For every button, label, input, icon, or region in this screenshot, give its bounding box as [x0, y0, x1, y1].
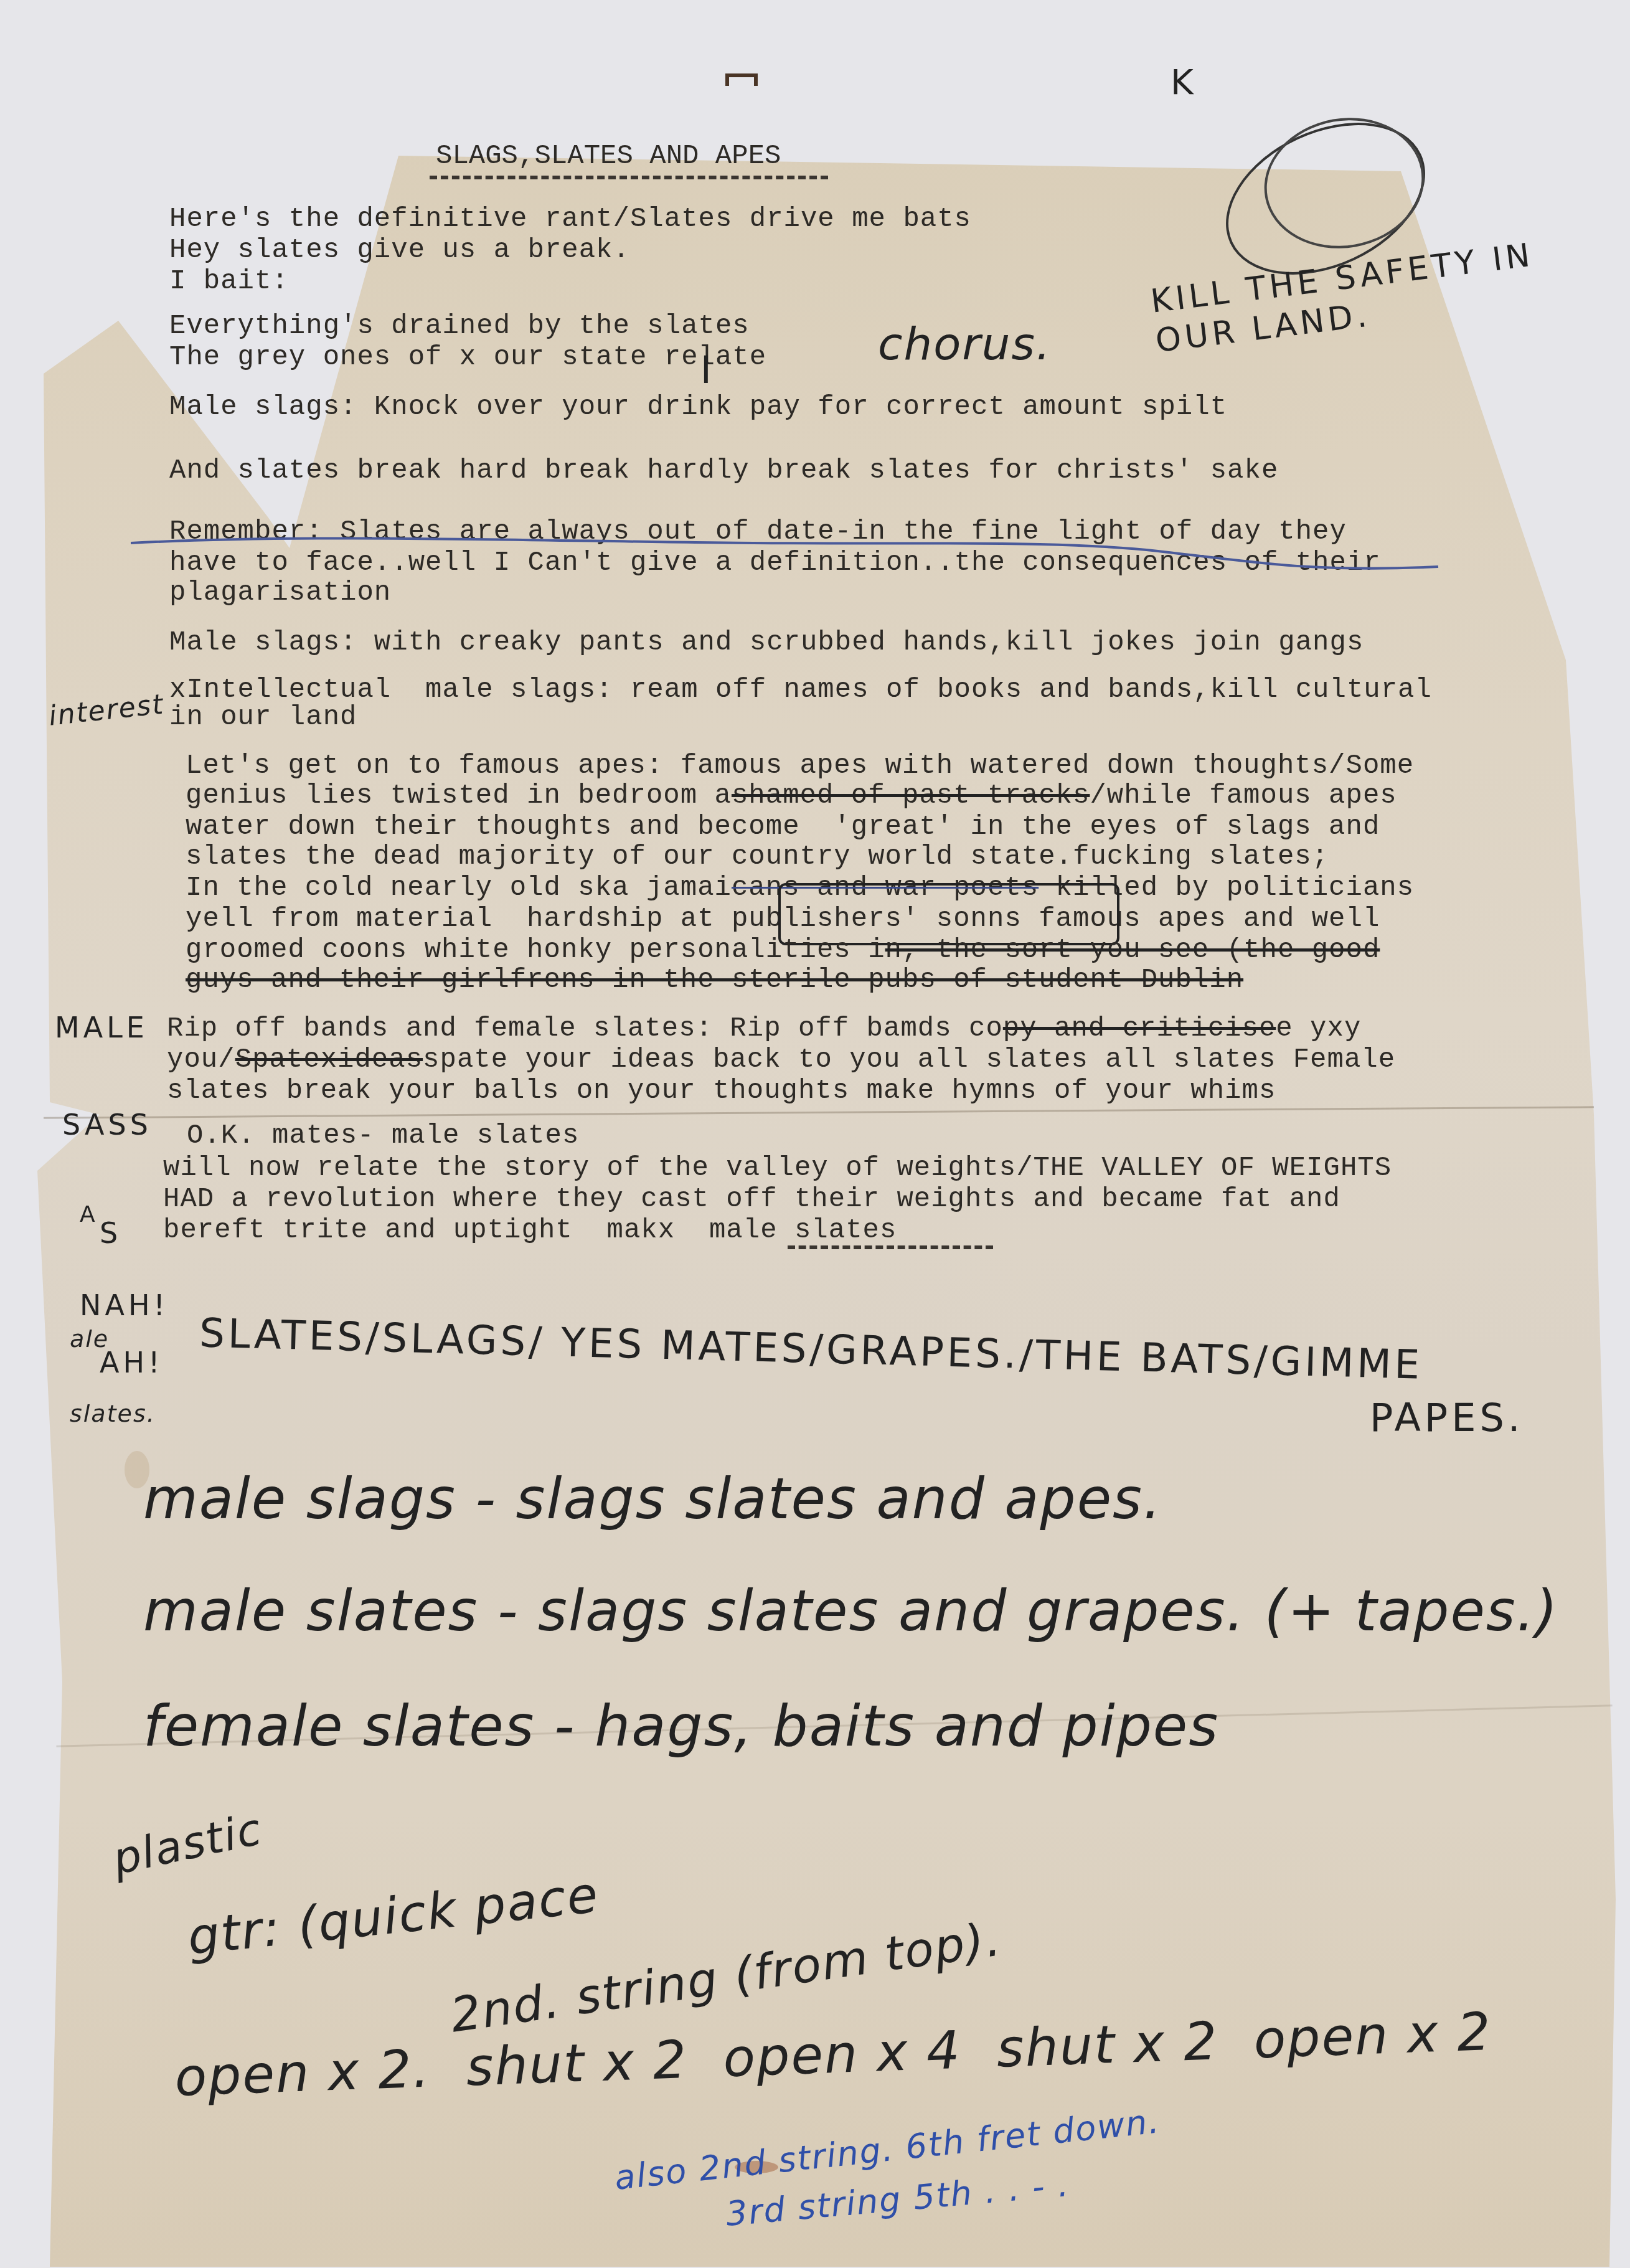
- typed-line: water down their thoughts and become 'gr…: [186, 812, 1380, 842]
- handwritten-refrain-cont: PAPES.: [1370, 1395, 1524, 1440]
- typed-line: Male slags: with creaky pants and scrubb…: [169, 628, 1364, 658]
- underlined-text: male slates: [709, 1215, 897, 1246]
- typed-line: And slates break hard break hardly break…: [169, 456, 1278, 486]
- typed-line: slates break your balls on your thoughts…: [167, 1076, 1276, 1106]
- struck-text: n, the sort you see (the good: [885, 935, 1380, 966]
- handwritten-line: male slates - slags slates and grapes. (…: [143, 1579, 1558, 1644]
- struck-text: shamed of past tracks: [732, 780, 1090, 811]
- typed-line: Hey slates give us a break.: [169, 235, 630, 265]
- annotation-chorus: chorus.: [878, 318, 1052, 370]
- typed-line: genius lies twisted in bedroom ashamed o…: [186, 781, 1397, 811]
- typed-line: I bait:: [169, 267, 289, 296]
- handwritten-line: female slates - hags, baits and pipes: [143, 1694, 1219, 1759]
- typed-line: plagarisation: [169, 578, 391, 608]
- typed-line-struck: guys and their girlfrens in the sterile …: [186, 965, 1243, 995]
- typed-line: O.K. mates- male slates: [187, 1121, 579, 1151]
- staple-mark: [725, 73, 758, 86]
- title-underline: [430, 176, 828, 179]
- page-title: SLAGS,SLATES AND APES: [436, 141, 781, 172]
- handwritten-line: male slags - slags slates and apes.: [143, 1467, 1162, 1532]
- insert-mark: I: [700, 349, 713, 392]
- typed-line: Here's the definitive rant/Slates drive …: [169, 204, 971, 234]
- typed-line: Everything's drained by the slates: [169, 311, 750, 341]
- typed-line: you/Spatexideasspate your ideas back to …: [167, 1045, 1395, 1075]
- struck-text: Spatexideas: [235, 1044, 423, 1075]
- typed-line: in our land: [169, 702, 357, 732]
- typed-line: xIntellectual male slags: ream off names…: [169, 675, 1432, 705]
- typed-line: Male slags: Knock over your drink pay fo…: [169, 392, 1227, 422]
- corner-mark: K: [1171, 62, 1195, 103]
- typed-line: Let's get on to famous apes: famous apes…: [186, 751, 1414, 781]
- typed-line: groomed coons white honky personalities …: [186, 935, 1380, 965]
- typed-line: will now relate the story of the valley …: [163, 1153, 1392, 1183]
- typed-line: bereft trite and uptight makx male slate…: [163, 1216, 897, 1245]
- typed-line: The grey ones of x our state relate: [169, 343, 766, 372]
- typed-line: slates the dead majority of our country …: [186, 842, 1329, 872]
- struck-text: py and criticise: [1003, 1013, 1276, 1044]
- typed-line: HAD a revolution where they cast off the…: [163, 1184, 1340, 1214]
- typed-line: Rip off bands and female slates: Rip off…: [167, 1014, 1361, 1044]
- margin-note-male-slates: ale slates.: [70, 1277, 156, 1451]
- male-slates-underline: [788, 1245, 993, 1249]
